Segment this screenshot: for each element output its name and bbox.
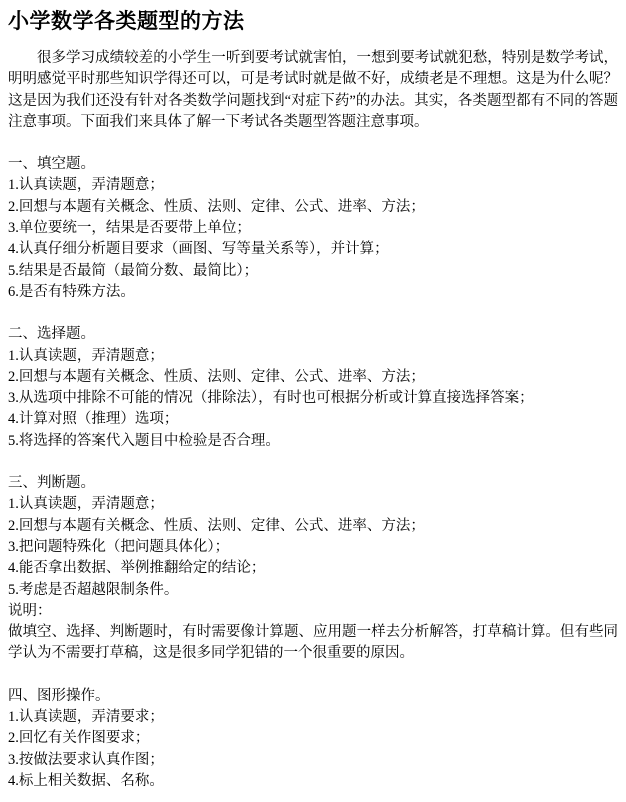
list-item: 1.认真读题，弄清题意； xyxy=(8,494,618,515)
list-item: 2.回忆有关作图要求； xyxy=(8,728,618,749)
list-item: 4.标上相关数据、名称。 xyxy=(8,771,618,792)
list-item: 2.回想与本题有关概念、性质、法则、定律、公式、进率、方法； xyxy=(8,516,618,537)
page-title: 小学数学各类题型的方法 xyxy=(8,8,618,34)
section-heading: 四、图形操作。 xyxy=(8,686,618,707)
list-item: 1.认真读题，弄清要求； xyxy=(8,707,618,728)
section-true-false: 三、判断题。 1.认真读题，弄清题意； 2.回想与本题有关概念、性质、法则、定律… xyxy=(8,473,618,665)
list-item: 3.从选项中排除不可能的情况（排除法），有时也可根据分析或计算直接选择答案； xyxy=(8,388,618,409)
list-item: 5.结果是否最简（最简分数、最简比）； xyxy=(8,261,618,282)
section-multiple-choice: 二、选择题。 1.认真读题，弄清题意； 2.回想与本题有关概念、性质、法则、定律… xyxy=(8,324,618,452)
section-heading: 三、判断题。 xyxy=(8,473,618,494)
section-graphic-operation: 四、图形操作。 1.认真读题，弄清要求； 2.回忆有关作图要求； 3.按做法要求… xyxy=(8,686,618,792)
note-text: 做填空、选择、判断题时，有时需要像计算题、应用题一样去分析解答，打草稿计算。但有… xyxy=(8,622,618,665)
document: 小学数学各类题型的方法 很多学习成绩较差的小学生一听到要考试就害怕，一想到要考试… xyxy=(0,0,626,802)
note-label: 说明： xyxy=(8,601,618,622)
list-item: 3.单位要统一，结果是否要带上单位； xyxy=(8,218,618,239)
list-item: 2.回想与本题有关概念、性质、法则、定律、公式、进率、方法； xyxy=(8,197,618,218)
section-heading: 一、填空题。 xyxy=(8,154,618,175)
list-item: 4.认真仔细分析题目要求（画图、写等量关系等），并计算； xyxy=(8,239,618,260)
list-item: 2.回想与本题有关概念、性质、法则、定律、公式、进率、方法； xyxy=(8,367,618,388)
list-item: 1.认真读题，弄清题意； xyxy=(8,175,618,196)
section-fill-in-blank: 一、填空题。 1.认真读题，弄清题意； 2.回想与本题有关概念、性质、法则、定律… xyxy=(8,154,618,303)
list-item: 5.考虑是否超越限制条件。 xyxy=(8,580,618,601)
list-item: 1.认真读题，弄清题意； xyxy=(8,346,618,367)
list-item: 3.把问题特殊化（把问题具体化）； xyxy=(8,537,618,558)
intro-paragraph: 很多学习成绩较差的小学生一听到要考试就害怕，一想到要考试就犯愁，特别是数学考试，… xyxy=(8,48,618,133)
section-heading: 二、选择题。 xyxy=(8,324,618,345)
list-item: 4.能否拿出数据、举例推翻给定的结论； xyxy=(8,558,618,579)
list-item: 3.按做法要求认真作图； xyxy=(8,750,618,771)
list-item: 6.是否有特殊方法。 xyxy=(8,282,618,303)
list-item: 4.计算对照（推理）选项； xyxy=(8,409,618,430)
list-item: 5.将选择的答案代入题目中检验是否合理。 xyxy=(8,431,618,452)
